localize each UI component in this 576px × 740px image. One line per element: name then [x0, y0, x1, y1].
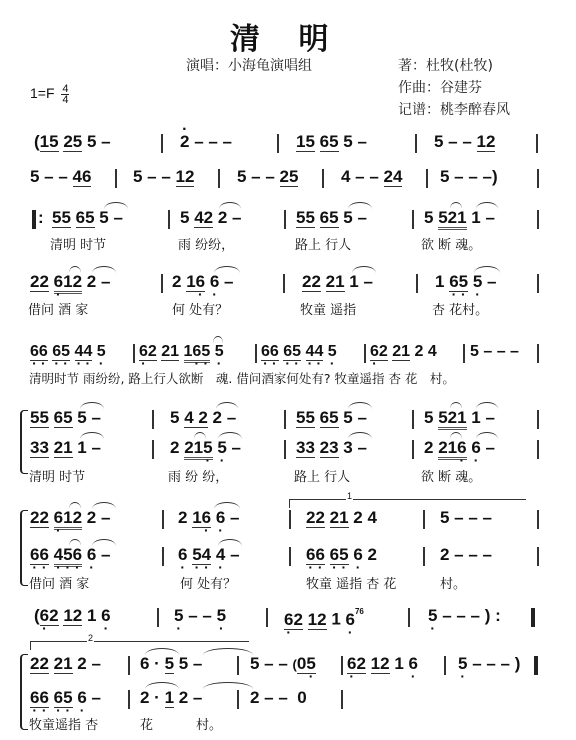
lyric: 清明 时节	[29, 466, 85, 485]
lyric: 欲 断 魂。	[421, 466, 481, 485]
measure: 55 65 5 –	[296, 408, 367, 428]
ending-lyrics: 牧童遥指 杏 花 村。	[0, 714, 576, 738]
lyric: 雨 纷纷，	[178, 234, 234, 253]
measure: (62 12 1 6	[34, 606, 111, 626]
lyric: 村。	[196, 714, 222, 733]
measure: 2 216 6 –	[424, 438, 495, 458]
intro-line-1: (15 25 5 – 2 – – – 15 65 5 – 5 – – 12	[0, 132, 576, 156]
measure: 5 – – (05	[250, 654, 316, 675]
lyricist-credit: 著：杜牧(杜牧)	[398, 55, 493, 75]
measure: 5 – – 46	[30, 167, 91, 187]
duet-2-upper: 22 612 2 – 2 16 6 – 22 21 2 4 5 – – –	[0, 508, 576, 532]
measure: 5 – – 25	[237, 167, 298, 187]
lyric: 牧童 遥指 杏 花	[306, 573, 396, 592]
lyric: 借问 酒 家	[29, 573, 89, 592]
verse-2-notes: 22 612 2 – 2 16 6 – 22 21 1 – 1 65 5 –	[0, 272, 576, 296]
measure: 6 54 4 –	[178, 545, 240, 565]
measure: 66 65 6 –	[30, 688, 101, 708]
volta-1: 1	[289, 499, 526, 508]
measure: 5 – – –	[470, 342, 519, 362]
measure: 4 – – 24	[341, 167, 402, 187]
measure: 55 65 5 –	[30, 408, 101, 428]
time-signature: 4 4	[61, 84, 69, 105]
duet-1-lower: 33 21 1 – 2 215 5 – 33 23 3 – 2 216 6 –	[0, 438, 576, 462]
fast-line-lyrics: 清明时节 雨纷纷, 路上行人欲断 魂. 借问酒家何处有? 牧童遥指 杏 花 村。	[0, 369, 576, 393]
lyric: 路上 行人	[295, 234, 351, 253]
lyric: 牧童 遥指	[300, 299, 356, 318]
measure: (15 25 5 –	[34, 132, 111, 152]
time-numerator: 4	[61, 84, 69, 94]
measure: 55 65 5 –	[52, 208, 123, 228]
measure: 5 – – 5	[174, 606, 226, 626]
ending-lower: 66 65 6 – 2 · 1 2 – 2 – – 0	[0, 688, 576, 712]
lyric: 雨 纷 纷，	[168, 466, 228, 485]
verse-1-notes: : 55 65 5 – 5 42 2 – 55 65 5 – 5 521 1 –	[0, 208, 576, 232]
measure: 5 – – – )	[458, 654, 520, 674]
lyric: 村。	[440, 573, 466, 592]
measure: 2 215 5 –	[170, 438, 241, 458]
measure: 5 4 2 2 –	[170, 408, 236, 428]
measure: 2 – – –	[180, 132, 232, 152]
measure: 5 – – 12	[133, 167, 194, 187]
duet-2-lower: 66 456 6 – 6 54 4 – 66 65 6 2 2 – – –	[0, 545, 576, 569]
measure: 1 65 5 –	[435, 272, 497, 292]
measure: 5 521 1 –	[424, 208, 495, 228]
measure: 66 65 44 5	[30, 342, 106, 362]
key-label: 1=F	[30, 85, 55, 101]
measure: 22 21 2 4	[306, 508, 377, 528]
lyric: 清明时节 雨纷纷, 路上行人欲断 魂. 借问酒家何处有? 牧童遥指 杏 花 村。	[29, 369, 455, 387]
lyric: 借问 酒 家	[28, 299, 88, 318]
duet-1-upper: 55 65 5 – 5 4 2 2 – 55 65 5 – 5 521 1 –	[0, 408, 576, 432]
measure: 62 12 1 6	[347, 654, 418, 674]
lyric: 花	[140, 714, 153, 733]
measure: 62 21 165 5	[139, 342, 224, 362]
lyric: 杏 花村。	[432, 299, 488, 318]
fast-line-notes: 66 65 44 5 62 21 165 5 66 65 44 5 62 21 …	[0, 342, 576, 366]
measure: 2 16 6 –	[178, 508, 240, 528]
verse-1-lyrics: 清明 时节 雨 纷纷， 路上 行人 欲 断 魂。	[0, 234, 576, 258]
measure: 2 – – 0	[250, 688, 307, 708]
verse-2-lyrics: 借问 酒 家 何 处有？ 牧童 遥指 杏 花村。	[0, 299, 576, 323]
time-denominator: 4	[61, 95, 69, 105]
measure: 66 65 6 2	[306, 545, 377, 565]
key-signature: 1=F 4 4	[30, 84, 69, 105]
measure: 5 – – – ) :	[428, 606, 501, 626]
measure: 5 – – 12	[434, 132, 495, 152]
measure: 55 65 5 –	[296, 208, 367, 228]
measure: 15 65 5 –	[296, 132, 367, 152]
singer-credit: 演唱：小海龟演唱组	[186, 55, 312, 75]
measure: 62 21 2 4	[370, 342, 437, 362]
lyric: 牧童遥指 杏	[29, 714, 98, 733]
ending-upper: 22 21 2 – 6 · 5 5 – 5 – – (05 62 12 1 6 …	[0, 654, 576, 678]
duet-2-lyrics: 借问 酒 家 何 处有？ 牧童 遥指 杏 花 村。	[0, 573, 576, 597]
lyric: 清明 时节	[50, 234, 106, 253]
composer-credit: 作曲：谷建芬	[398, 77, 482, 97]
measure: 66 65 44 5	[261, 342, 337, 362]
interlude-line: (62 12 1 6 5 – – 5 62 12 1 676 5 – – – )…	[0, 606, 576, 630]
measure: 33 21 1 –	[30, 438, 101, 458]
measure: 22 21 1 –	[302, 272, 373, 292]
intro-line-2: 5 – – 46 5 – – 12 5 – – 25 4 – – 24 5 – …	[0, 167, 576, 191]
lyric: 何 处有？	[180, 573, 236, 592]
duet-1-lyrics: 清明 时节 雨 纷 纷， 路上 行人 欲 断 魂。	[0, 466, 576, 490]
measure: 2 · 1 2 –	[140, 688, 202, 708]
measure: 33 23 3 –	[296, 438, 367, 458]
measure: 5 42 2 –	[180, 208, 241, 228]
transcriber-credit: 记谱：桃李醉春风	[398, 99, 510, 119]
song-title: 清 明	[230, 14, 342, 58]
measure: 2 – – –	[440, 545, 492, 565]
measure: 2 16 6 –	[172, 272, 234, 292]
measure: 66 456 6 –	[30, 545, 110, 565]
lyric: 路上 行人	[294, 466, 350, 485]
measure: 5 521 1 –	[424, 408, 495, 428]
measure: 62 12 1 676	[284, 606, 364, 630]
measure: 5 – – –)	[440, 167, 498, 187]
measure: 5 – – –	[440, 508, 492, 528]
lyric: 欲 断 魂。	[421, 234, 481, 253]
measure: 22 612 2 –	[30, 508, 110, 528]
measure: 22 612 2 –	[30, 272, 110, 292]
measure: 22 21 2 –	[30, 654, 101, 674]
lyric: 何 处有？	[172, 299, 228, 318]
measure: 6 · 5 5 –	[140, 654, 202, 674]
grace-notes: 76	[355, 607, 364, 616]
